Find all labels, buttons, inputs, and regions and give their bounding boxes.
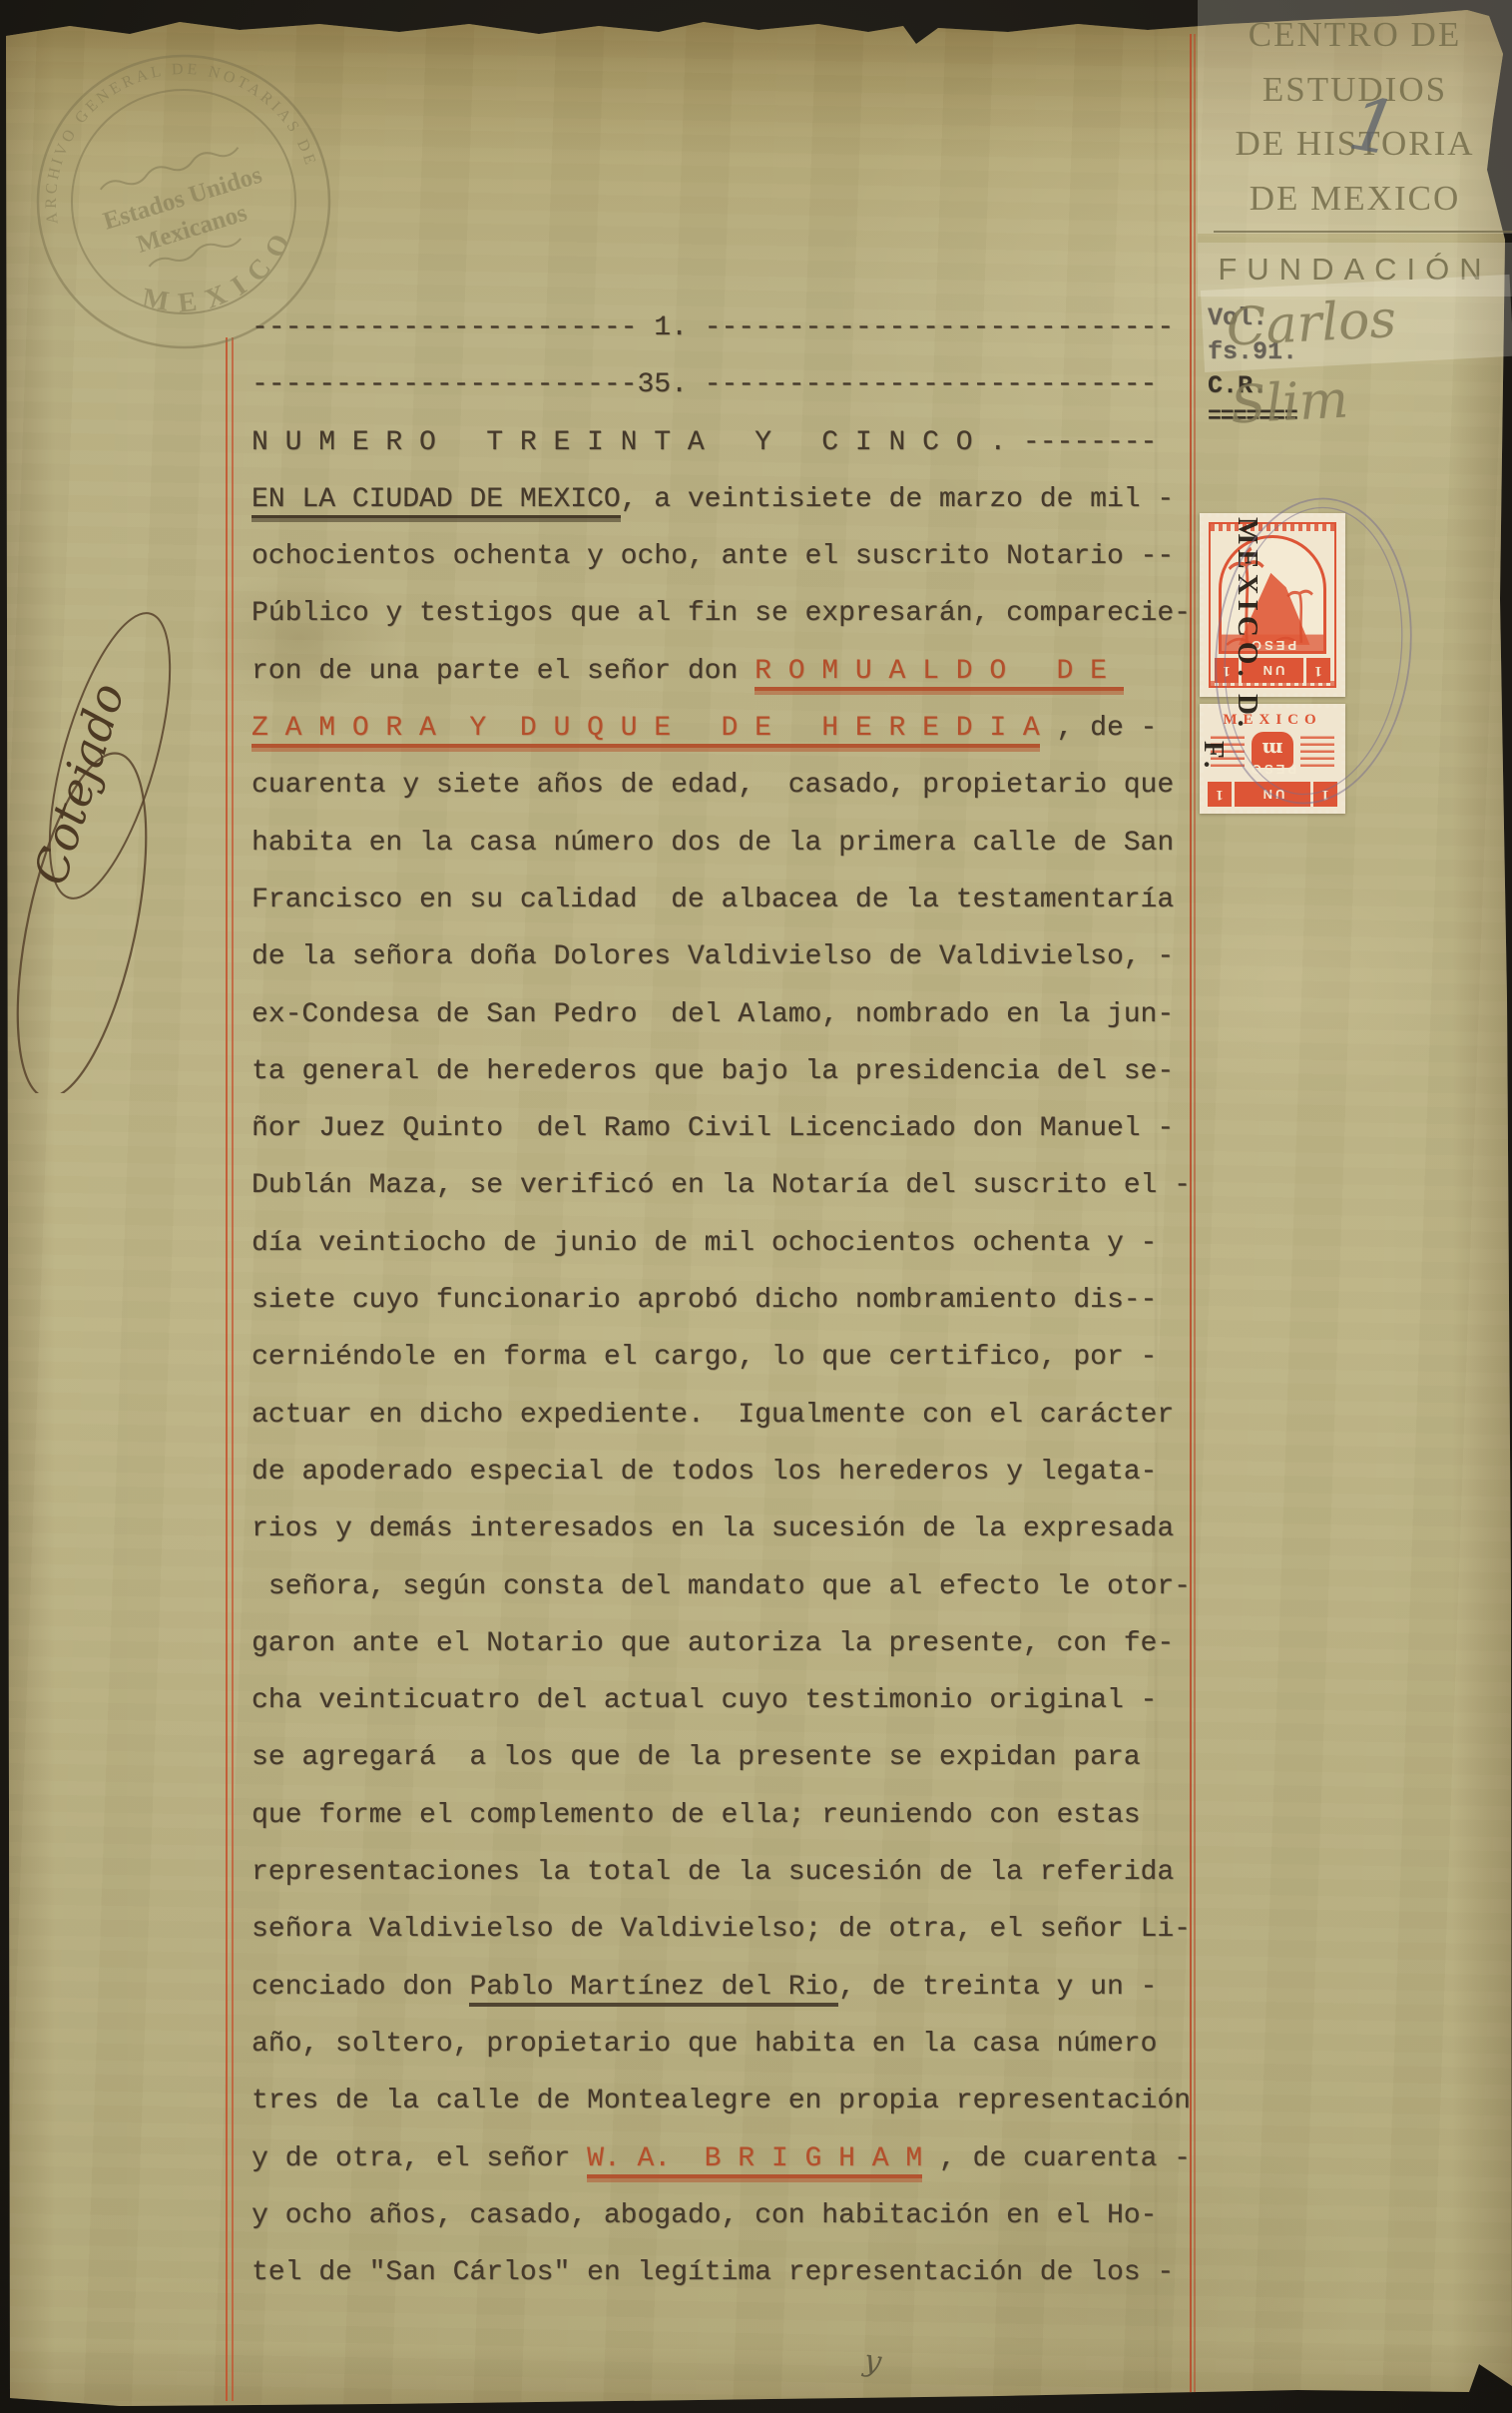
text-segment: Dublán Maza, se verificó en la Notaría d… [252, 1170, 1191, 1201]
typed-line: ron de una parte el señor don R O M U A … [252, 643, 1210, 700]
typed-line: N U M E R O T R E I N T A Y C I N C O . … [252, 414, 1210, 471]
stamp-frame: 1 UN PESO 1 [1209, 522, 1336, 688]
text-segment: día veintiocho de junio de mil ochocient… [252, 1228, 1157, 1259]
text-segment: garon ante el Notario que autoriza la pr… [252, 1628, 1174, 1659]
text-segment: ochocientos ochenta y ocho, ante el susc… [252, 541, 1174, 572]
text-segment: , de cuarenta - [922, 2143, 1191, 2174]
page-check-mark: y [862, 2343, 884, 2380]
typed-line: señora, según consta del mandato que al … [252, 1558, 1210, 1615]
typed-line: de apoderado especial de todos los hered… [252, 1444, 1210, 1501]
folio-note: fs.91. [1208, 335, 1297, 369]
typed-line: se agregará a los que de la presente se … [252, 1729, 1210, 1786]
typed-line: Francisco en su calidad de albacea de la… [252, 872, 1210, 928]
text-segment: tres de la calle de Montealegre en propi… [252, 2086, 1191, 2116]
typed-line: y de otra, el señor W. A. B R I G H A M … [252, 2130, 1210, 2187]
typed-line: EN LA CIUDAD DE MEXICO, a veintisiete de… [252, 471, 1210, 528]
left-margin-rule [226, 337, 228, 2401]
stamp-overprint-mexico-d: MEXICO. D. [1231, 517, 1263, 767]
typed-line: habita en la casa número dos de la prime… [252, 815, 1210, 872]
text-segment: cenciado don [252, 1972, 469, 2003]
typed-text: ----------------------- 1. -------------… [252, 300, 1210, 2301]
stamp-overprint-f: F. [1197, 741, 1230, 811]
text-segment: ----------------------- 1. -------------… [252, 312, 1174, 343]
typed-line: día veintiocho de junio de mil ochocient… [252, 1215, 1210, 1272]
text-segment: EN LA CIUDAD DE MEXICO [252, 484, 621, 515]
text-segment: N U M E R O T R E I N T A Y C I N C O . … [252, 427, 1157, 458]
text-segment: ñor Juez Quinto del Ramo Civil Licenciad… [252, 1113, 1174, 1144]
text-segment: ex-Condesa de San Pedro del Alamo, nombr… [252, 999, 1174, 1030]
red-name-segment: Z A M O R A Y D U Q U E D E H E R E D I … [252, 713, 1040, 744]
typed-line: ochocientos ochenta y ocho, ante el susc… [252, 528, 1210, 585]
typed-line: Dublán Maza, se verificó en la Notaría d… [252, 1157, 1210, 1214]
typed-line: ñor Juez Quinto del Ramo Civil Licenciad… [252, 1100, 1210, 1157]
text-segment: cerniéndole en forma el cargo, lo que ce… [252, 1342, 1157, 1373]
watermark-divider [1214, 231, 1512, 233]
text-segment: Francisco en su calidad de albacea de la… [252, 885, 1174, 915]
text-segment: de apoderado especial de todos los hered… [252, 1457, 1157, 1488]
volume-note: Vol. [1208, 302, 1297, 335]
typed-line: garon ante el Notario que autoriza la pr… [252, 1615, 1210, 1672]
archive-reference-block: Vol. fs.91. C.R. ======= [1208, 302, 1297, 429]
text-segment: siete cuyo funcionario aprobó dicho nomb… [252, 1285, 1157, 1316]
cr-note: C.R. [1208, 369, 1297, 403]
text-segment: cha veinticuatro del actual cuyo testimo… [252, 1685, 1157, 1716]
revenue-stamps: 1 UN PESO 1 MEXICO m 1 UN PESO 1 [1200, 513, 1345, 814]
text-segment: y ocho años, casado, abogado, con habita… [252, 2200, 1157, 2231]
wavy-pattern-icon [1300, 733, 1334, 767]
text-segment: , de treinta y un - [838, 1972, 1157, 2003]
cotejado-text: Cotejado [23, 677, 135, 891]
text-segment: señora Valdivielso de Valdivielso; de ot… [252, 1914, 1191, 1945]
text-segment: Pablo Martínez del Rio [469, 1972, 838, 2003]
typed-line: Público y testigos que al fin se expresa… [252, 585, 1210, 642]
typed-line: tel de "San Cárlos" en legítima represen… [252, 2244, 1210, 2301]
left-margin-rule-inner [232, 337, 234, 2401]
text-segment: , a veintisiete de marzo de mil - [621, 484, 1175, 515]
typed-line: cenciado don Pablo Martínez del Rio, de … [252, 1959, 1210, 2016]
text-segment: cuarenta y siete años de edad, casado, p… [252, 770, 1174, 801]
stamp-denomination: UN PESO [1235, 782, 1310, 807]
typed-line: -----------------------35. -------------… [252, 356, 1210, 413]
typed-line: de la señora doña Dolores Valdivielso de… [252, 928, 1210, 985]
typed-line: cuarenta y siete años de edad, casado, p… [252, 757, 1210, 814]
text-segment: Público y testigos que al fin se expresa… [252, 598, 1191, 629]
text-segment: año, soltero, propietario que habita en … [252, 2029, 1157, 2060]
scanned-document-view: ARCHIVO GENERAL DE NOTARIAS DEL DISTRITO… [0, 0, 1512, 2413]
typed-line: ex-Condesa de San Pedro del Alamo, nombr… [252, 986, 1210, 1043]
text-segment: ron de una parte el señor don [252, 656, 755, 687]
text-segment: ta general de herederos que bajo la pres… [252, 1056, 1174, 1087]
typed-line: y ocho años, casado, abogado, con habita… [252, 2187, 1210, 2244]
text-segment: rios y demás interesados en la sucesión … [252, 1513, 1174, 1544]
typed-line: cha veinticuatro del actual cuyo testimo… [252, 1672, 1210, 1729]
typed-line: actuar en dicho expediente. Igualmente c… [252, 1387, 1210, 1444]
typed-line: año, soltero, propietario que habita en … [252, 2016, 1210, 2073]
stamp-corner-digit: 1 [1306, 658, 1330, 683]
typed-line: que forme el complemento de ella; reunie… [252, 1787, 1210, 1844]
revenue-stamp-top: 1 UN PESO 1 [1200, 513, 1345, 697]
text-segment: tel de "San Cárlos" en legítima represen… [252, 2257, 1174, 2288]
typed-line: tres de la calle de Montealegre en propi… [252, 2073, 1210, 2129]
typed-line: ta general de herederos que bajo la pres… [252, 1043, 1210, 1100]
document-page: ARCHIVO GENERAL DE NOTARIAS DEL DISTRITO… [0, 0, 1512, 2413]
text-segment: de la señora doña Dolores Valdivielso de… [252, 941, 1174, 972]
text-segment: señora, según consta del mandato que al … [252, 1571, 1191, 1602]
typed-line: ----------------------- 1. -------------… [252, 300, 1210, 356]
typed-line: señora Valdivielso de Valdivielso; de ot… [252, 1901, 1210, 1958]
typed-line: representaciones la total de la sucesión… [252, 1844, 1210, 1901]
text-segment: -----------------------35. -------------… [252, 369, 1157, 400]
typed-line: siete cuyo funcionario aprobó dicho nomb… [252, 1272, 1210, 1329]
stamp-corner-digit: 1 [1313, 782, 1337, 807]
text-segment: y de otra, el señor [252, 2143, 587, 2174]
text-segment: se agregará a los que de la presente se … [252, 1742, 1141, 1773]
red-name-segment: R O M U A L D O D E [755, 656, 1124, 687]
text-segment: , de - [1040, 713, 1158, 744]
text-segment: representaciones la total de la sucesión… [252, 1857, 1174, 1888]
text-segment: actuar en dicho expediente. Igualmente c… [252, 1400, 1174, 1431]
double-rule-note: ======= [1208, 403, 1297, 429]
typed-line: cerniéndole en forma el cargo, lo que ce… [252, 1329, 1210, 1386]
red-name-segment: W. A. B R I G H A M [587, 2143, 922, 2174]
cotejado-rubric-signature: Cotejado [8, 584, 223, 1093]
stamp-country-label: MEXICO [1204, 710, 1341, 730]
text-segment: habita en la casa número dos de la prime… [252, 828, 1174, 859]
typed-line: rios y demás interesados en la sucesión … [252, 1501, 1210, 1557]
typed-line: Z A M O R A Y D U Q U E D E H E R E D I … [252, 700, 1210, 757]
text-segment: que forme el complemento de ella; reunie… [252, 1800, 1141, 1831]
